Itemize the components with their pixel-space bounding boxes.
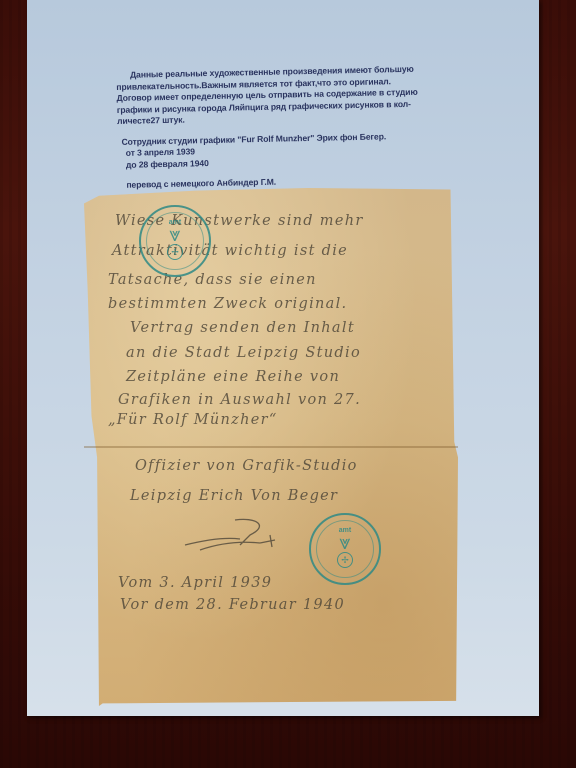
handwritten-line: bestimmten Zweck original. <box>108 296 347 312</box>
handwritten-date: Vor dem 28. Februar 1940 <box>120 597 345 613</box>
handwritten-line: Grafiken in Auswahl von 27. <box>118 392 361 408</box>
handwritten-date: Vom 3. April 1939 <box>118 575 272 591</box>
official-stamp: amt ⩔ ✢ <box>309 513 381 585</box>
handwritten-line: Tatsache, dass sie einen <box>108 272 317 288</box>
signature <box>180 515 290 560</box>
handwritten-line: Zeitpläne eine Reihe von <box>126 369 340 385</box>
handwritten-line: „Für Rolf Münzher“ <box>108 412 278 428</box>
handwritten-line: Vertrag senden den Inhalt <box>130 320 355 336</box>
fold-crease <box>84 446 458 448</box>
handwritten-line: an die Stadt Leipzig Studio <box>126 345 361 361</box>
handwritten-line: Offizier von Grafik-Studio <box>135 458 358 474</box>
typed-annotation: Данные реальные художественные произведе… <box>116 63 448 191</box>
handwritten-line: Leipzig Erich Von Beger <box>130 488 338 504</box>
official-stamp: amt ⩔ ✢ <box>139 205 211 277</box>
